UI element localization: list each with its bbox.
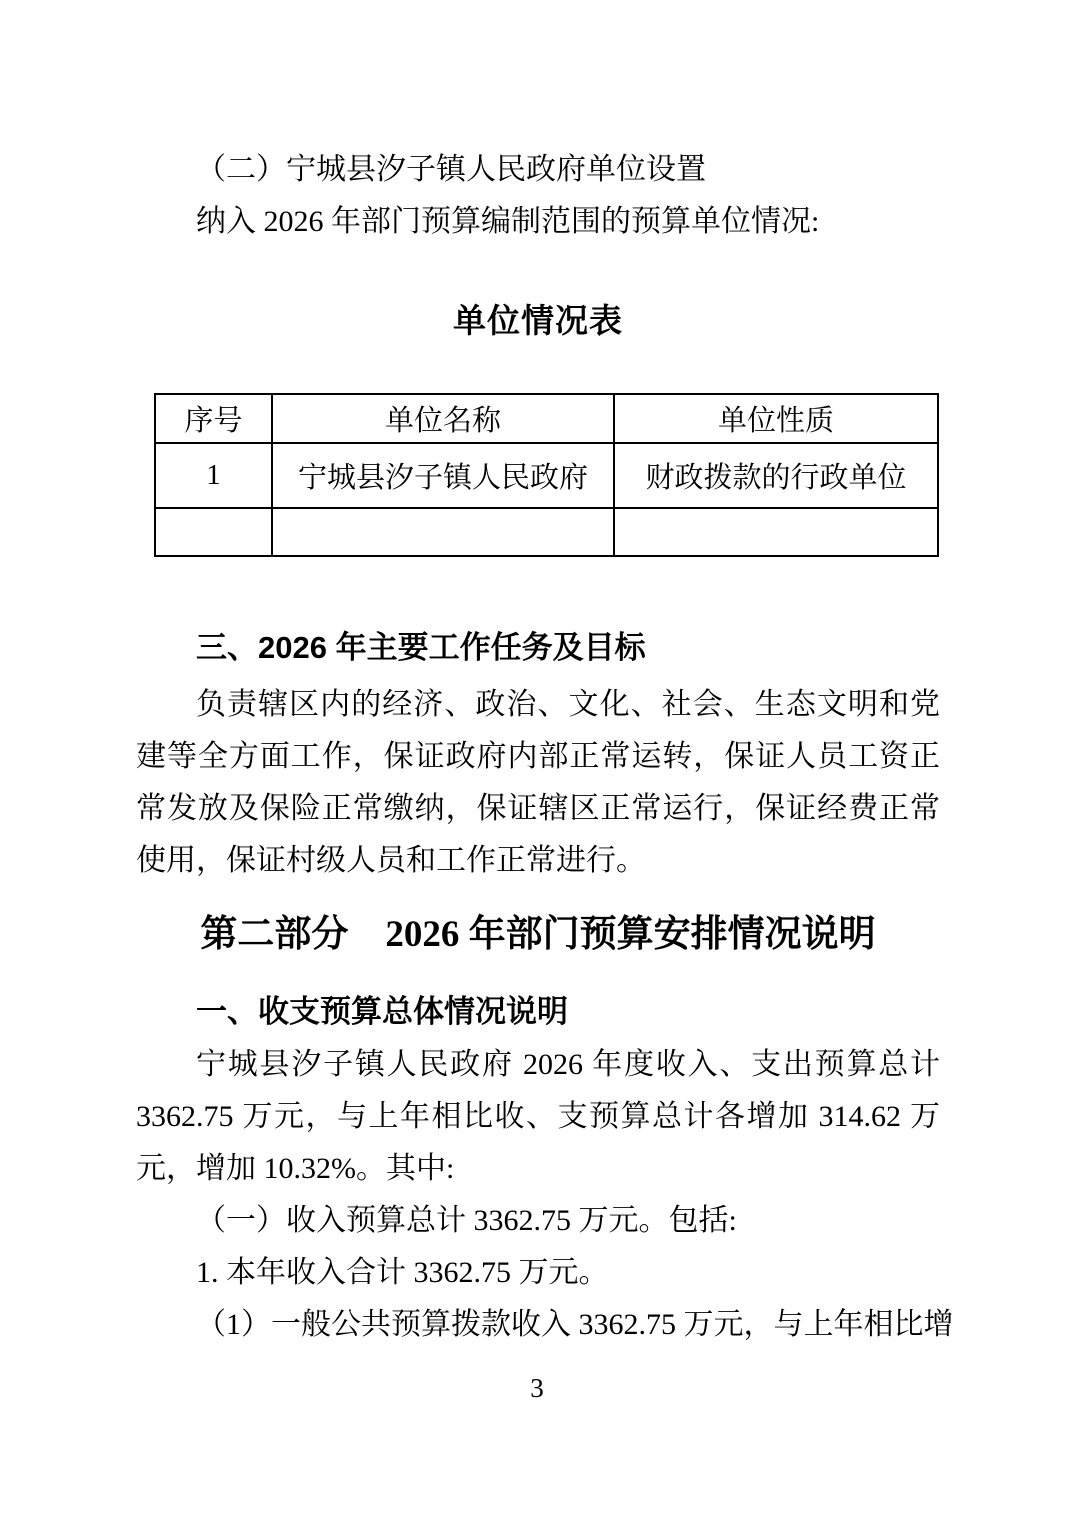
income-item-line: 1. 本年收入合计 3362.75 万元。	[136, 1247, 940, 1299]
unit-table-header-row: 序号 单位名称 单位性质	[155, 394, 938, 443]
col-header-serial: 序号	[155, 394, 272, 443]
intro-line: 纳入 2026 年部门预算编制范围的预算单位情况:	[136, 196, 940, 248]
tasks-paragraph: 负责辖区内的经济、政治、文化、社会、生态文明和党建等全方面工作，保证政府内部正常…	[136, 679, 940, 887]
cell-unit-name: 宁城县汐子镇人民政府	[272, 443, 614, 508]
col-header-unit-name: 单位名称	[272, 394, 614, 443]
unit-table-title: 单位情况表	[136, 296, 940, 348]
cell-unit-type-empty	[614, 508, 938, 556]
col-header-unit-type: 单位性质	[614, 394, 938, 443]
income-total-line: （一）收入预算总计 3362.75 万元。包括:	[136, 1195, 940, 1247]
document-page: （二）宁城县汐子镇人民政府单位设置 纳入 2026 年部门预算编制范围的预算单位…	[0, 0, 1074, 1520]
table-row: 1 宁城县汐子镇人民政府 财政拨款的行政单位	[155, 443, 938, 508]
section-heading-tasks: 三、2026 年主要工作任务及目标	[136, 621, 940, 675]
unit-table: 序号 单位名称 单位性质 1 宁城县汐子镇人民政府 财政拨款的行政单位	[154, 393, 939, 557]
cell-unit-name-empty	[272, 508, 614, 556]
table-row-empty	[155, 508, 938, 556]
overview-paragraph: 宁城县汐子镇人民政府 2026 年度收入、支出预算总计 3362.75 万元，与…	[136, 1039, 940, 1195]
cell-serial-empty	[155, 508, 272, 556]
income-subitem-line: （1）一般公共预算拨款收入 3362.75 万元，与上年相比增	[136, 1299, 940, 1351]
cell-unit-type: 财政拨款的行政单位	[614, 443, 938, 508]
page-number: 3	[0, 1372, 1074, 1404]
cell-serial: 1	[155, 443, 272, 508]
subsection-heading-unit-setup: （二）宁城县汐子镇人民政府单位设置	[136, 144, 940, 196]
section-heading-overview: 一、收支预算总体情况说明	[136, 985, 940, 1039]
part2-heading: 第二部分 2026 年部门预算安排情况说明	[136, 907, 940, 963]
